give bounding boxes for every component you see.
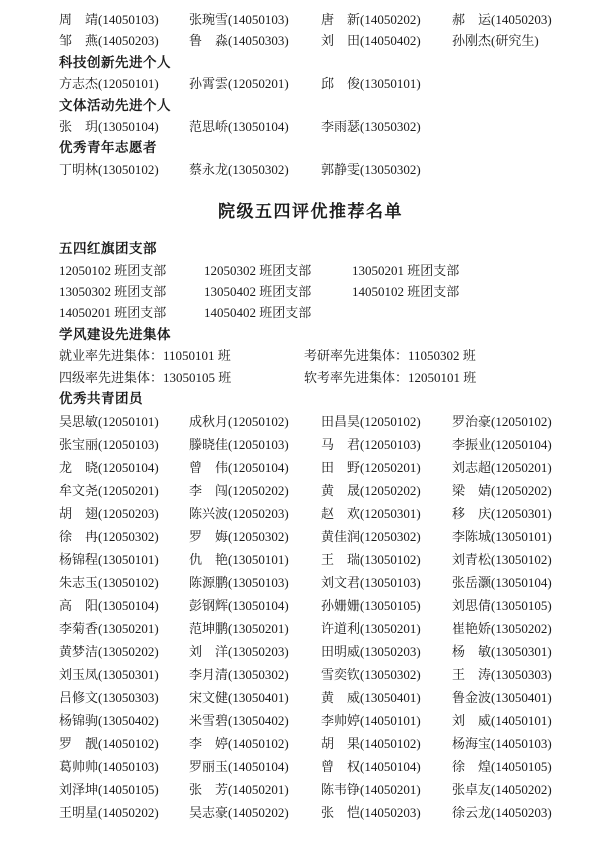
list-entry: 张宝丽(12050103)	[59, 433, 189, 456]
list-entry: 李 闯(12050202)	[189, 479, 321, 502]
list-entry: 朱志玉(13050102)	[59, 571, 189, 594]
list-entry: 张岳灏(13050104)	[452, 571, 562, 594]
list-row: 罗 靓(14050102)李 婷(14050102)胡 果(14050102)杨…	[59, 732, 562, 755]
list-entry: 高 阳(13050104)	[59, 594, 189, 617]
list-entry: 马 君(12050103)	[321, 433, 452, 456]
list-entry: 刘 洋(13050203)	[189, 640, 321, 663]
list-row: 胡 翅(12050203)陈兴波(12050203)赵 欢(12050301)移…	[59, 502, 562, 525]
list-entry: 鲁 淼(14050303)	[189, 30, 321, 51]
list-entry: 软考率先进集体：12050101 班	[304, 367, 562, 388]
list-entry: 田昌昊(12050102)	[321, 410, 452, 433]
list-entry: 刘志超(12050201)	[452, 456, 562, 479]
list-row: 刘玉凤(13050301)李月清(13050302)雪奕钦(13050302)王…	[59, 663, 562, 686]
list-entry: 崔艳娇(13050202)	[452, 617, 562, 640]
heading-league-members: 优秀共青团员	[59, 388, 562, 410]
list-entry: 邹 燕(14050203)	[59, 30, 189, 51]
list-row: 吕修文(13050303)宋文健(13050401)黄 威(13050401)鲁…	[59, 686, 562, 709]
list-entry: 李帅婷(14050101)	[321, 709, 452, 732]
list-entry: 徐 煌(14050105)	[452, 755, 562, 778]
heading-culture-sports: 文体活动先进个人	[59, 95, 562, 116]
list-entry: 14050402 班团支部	[204, 302, 352, 323]
list-row: 刘泽坤(14050105)张 芳(14050201)陈韦铮(14050201)张…	[59, 778, 562, 801]
list-entry: 成秋月(12050102)	[189, 410, 321, 433]
list-entry: 蔡永龙(13050302)	[189, 159, 321, 180]
list-entry: 13050302 班团支部	[59, 281, 204, 302]
list-entry: 牟文尧(12050201)	[59, 479, 189, 502]
list-entry: 曾 权(14050104)	[321, 755, 452, 778]
heading-youth-volunteer: 优秀青年志愿者	[59, 137, 562, 158]
list-entry: 丁明林(13050102)	[59, 159, 189, 180]
list-entry: 刘 田(14050402)	[321, 30, 452, 51]
list-entry: 考研率先进集体：11050302 班	[304, 345, 562, 366]
list-entry: 刘文君(13050103)	[321, 571, 452, 594]
list-row: 龙 晓(12050104)曾 伟(12050104)田 野(12050201)刘…	[59, 456, 562, 479]
list-entry: 张 芳(14050201)	[189, 778, 321, 801]
list-entry: 孙姗姗(13050105)	[321, 594, 452, 617]
list-row: 方志杰(12050101)孙霄雲(12050201)邱 俊(13050101)	[59, 73, 562, 94]
list-entry: 陈源鹏(13050103)	[189, 571, 321, 594]
list-row: 吴思敏(12050101)成秋月(12050102)田昌昊(12050102)罗…	[59, 410, 562, 433]
list-entry: 刘 威(14050101)	[452, 709, 562, 732]
list-entry: 13050201 班团支部	[352, 260, 562, 281]
study-style-list: 就业率先进集体：11050101 班考研率先进集体：11050302 班四级率先…	[59, 345, 562, 388]
list-row: 张宝丽(12050103)滕晓佳(12050103)马 君(12050103)李…	[59, 433, 562, 456]
list-entry: 陈韦铮(14050201)	[321, 778, 452, 801]
list-row: 徐 冉(12050302)罗 娒(12050302)黄佳润(12050302)李…	[59, 525, 562, 548]
culture-sports-list: 张 玥(13050104)范思峤(13050104)李雨瑟(13050302)	[59, 116, 562, 137]
list-row: 张 玥(13050104)范思峤(13050104)李雨瑟(13050302)	[59, 116, 562, 137]
list-entry: 徐云龙(14050203)	[452, 801, 562, 824]
mid-area: 五四红旗团支部 12050102 班团支部12050302 班团支部130502…	[59, 238, 562, 388]
list-entry: 孙刚杰(研究生)	[452, 30, 562, 51]
list-entry: 赵 欢(12050301)	[321, 502, 452, 525]
list-entry: 龙 晓(12050104)	[59, 456, 189, 479]
list-row: 李菊香(13050201)范坤鹏(13050201)许道利(13050201)崔…	[59, 617, 562, 640]
list-entry: 黄 晟(12050202)	[321, 479, 452, 502]
list-row: 高 阳(13050104)彭钢辉(13050104)孙姗姗(13050105)刘…	[59, 594, 562, 617]
list-entry: 吕修文(13050303)	[59, 686, 189, 709]
list-entry: 罗 靓(14050102)	[59, 732, 189, 755]
list-entry: 14050201 班团支部	[59, 302, 204, 323]
list-row: 周 靖(14050103)张琬雪(14050103)唐 新(14050202)郝…	[59, 9, 562, 30]
list-entry: 王明星(14050202)	[59, 801, 189, 824]
list-entry: 李振业(12050104)	[452, 433, 562, 456]
list-entry: 胡 翅(12050203)	[59, 502, 189, 525]
list-entry: 杨锦驹(13050402)	[59, 709, 189, 732]
list-entry: 刘泽坤(14050105)	[59, 778, 189, 801]
list-entry: 宋文健(13050401)	[189, 686, 321, 709]
list-row: 就业率先进集体：11050101 班考研率先进集体：11050302 班	[59, 345, 562, 366]
list-entry: 彭钢辉(13050104)	[189, 594, 321, 617]
list-entry: 罗 娒(12050302)	[189, 525, 321, 548]
list-entry: 许道利(13050201)	[321, 617, 452, 640]
list-entry: 葛帅帅(14050103)	[59, 755, 189, 778]
league-area: 优秀共青团员 吴思敏(12050101)成秋月(12050102)田昌昊(120…	[59, 388, 562, 824]
list-entry: 黄 威(13050401)	[321, 686, 452, 709]
list-row: 朱志玉(13050102)陈源鹏(13050103)刘文君(13050103)张…	[59, 571, 562, 594]
list-entry: 王 涛(13050303)	[452, 663, 562, 686]
list-entry: 吴志豪(14050202)	[189, 801, 321, 824]
list-row: 葛帅帅(14050103)罗丽玉(14050104)曾 权(14050104)徐…	[59, 755, 562, 778]
page-title: 院级五四评优推荐名单	[59, 200, 562, 224]
list-entry: 12050102 班团支部	[59, 260, 204, 281]
list-entry: 移 庆(12050301)	[452, 502, 562, 525]
list-entry: 罗丽玉(14050104)	[189, 755, 321, 778]
list-entry: 黄佳润(12050302)	[321, 525, 452, 548]
list-entry: 四级率先进集体：13050105 班	[59, 367, 304, 388]
list-entry: 吴思敏(12050101)	[59, 410, 189, 433]
list-row: 14050201 班团支部14050402 班团支部	[59, 302, 562, 323]
list-row: 杨锦驹(13050402)米雪碧(13050402)李帅婷(14050101)刘…	[59, 709, 562, 732]
list-entry: 仇 艳(13050101)	[189, 548, 321, 571]
list-entry: 范思峤(13050104)	[189, 116, 321, 137]
list-entry: 李月清(13050302)	[189, 663, 321, 686]
list-entry: 杨海宝(14050103)	[452, 732, 562, 755]
list-row: 丁明林(13050102)蔡永龙(13050302)郭静雯(13050302)	[59, 159, 562, 180]
tech-innovation-list: 方志杰(12050101)孙霄雲(12050201)邱 俊(13050101)	[59, 73, 562, 94]
heading-tech-innovation: 科技创新先进个人	[59, 52, 562, 73]
list-row: 12050102 班团支部12050302 班团支部13050201 班团支部	[59, 260, 562, 281]
list-entry: 梁 婧(12050202)	[452, 479, 562, 502]
list-entry: 李陈城(13050101)	[452, 525, 562, 548]
list-entry: 罗治豪(12050102)	[452, 410, 562, 433]
list-row: 杨锦程(13050101)仇 艳(13050101)王 瑞(13050102)刘…	[59, 548, 562, 571]
list-entry: 邱 俊(13050101)	[321, 73, 452, 94]
list-entry: 范坤鹏(13050201)	[189, 617, 321, 640]
list-entry: 张琬雪(14050103)	[189, 9, 321, 30]
heading-study-style: 学风建设先进集体	[59, 324, 562, 345]
list-entry: 曾 伟(12050104)	[189, 456, 321, 479]
list-row: 13050302 班团支部13050402 班团支部14050102 班团支部	[59, 281, 562, 302]
list-entry: 方志杰(12050101)	[59, 73, 189, 94]
list-entry: 刘思倩(13050105)	[452, 594, 562, 617]
youth-volunteer-list: 丁明林(13050102)蔡永龙(13050302)郭静雯(13050302)	[59, 159, 562, 180]
list-entry: 田 野(12050201)	[321, 456, 452, 479]
list-entry: 胡 果(14050102)	[321, 732, 452, 755]
list-entry: 王 瑞(13050102)	[321, 548, 452, 571]
list-entry: 14050102 班团支部	[352, 281, 562, 302]
list-entry: 张卓友(14050202)	[452, 778, 562, 801]
list-row: 黄梦洁(13050202)刘 洋(13050203)田明威(13050203)杨…	[59, 640, 562, 663]
list-entry: 郭静雯(13050302)	[321, 159, 452, 180]
document-page: 周 靖(14050103)张琬雪(14050103)唐 新(14050202)郝…	[0, 0, 600, 824]
list-entry: 杨锦程(13050101)	[59, 548, 189, 571]
list-entry: 陈兴波(12050203)	[189, 502, 321, 525]
list-entry: 米雪碧(13050402)	[189, 709, 321, 732]
list-entry: 李雨瑟(13050302)	[321, 116, 452, 137]
list-entry: 唐 新(14050202)	[321, 9, 452, 30]
award-continuation-list: 周 靖(14050103)张琬雪(14050103)唐 新(14050202)郝…	[59, 9, 562, 52]
list-entry: 13050402 班团支部	[204, 281, 352, 302]
heading-red-flag-branch: 五四红旗团支部	[59, 238, 562, 259]
list-row: 牟文尧(12050201)李 闯(12050202)黄 晟(12050202)梁…	[59, 479, 562, 502]
list-entry: 就业率先进集体：11050101 班	[59, 345, 304, 366]
list-entry: 李 婷(14050102)	[189, 732, 321, 755]
list-entry: 12050302 班团支部	[204, 260, 352, 281]
list-entry: 滕晓佳(12050103)	[189, 433, 321, 456]
list-entry: 张 玥(13050104)	[59, 116, 189, 137]
list-row: 王明星(14050202)吴志豪(14050202)张 恺(14050203)徐…	[59, 801, 562, 824]
red-flag-branch-list: 12050102 班团支部12050302 班团支部13050201 班团支部1…	[59, 260, 562, 324]
list-entry: 徐 冉(12050302)	[59, 525, 189, 548]
list-entry: 刘青松(13050102)	[452, 548, 562, 571]
list-entry: 张 恺(14050203)	[321, 801, 452, 824]
list-entry: 李菊香(13050201)	[59, 617, 189, 640]
top-area: 周 靖(14050103)张琬雪(14050103)唐 新(14050202)郝…	[59, 9, 562, 180]
league-members-list: 吴思敏(12050101)成秋月(12050102)田昌昊(12050102)罗…	[59, 410, 562, 824]
list-row: 四级率先进集体：13050105 班软考率先进集体：12050101 班	[59, 367, 562, 388]
list-entry: 郝 运(14050203)	[452, 9, 562, 30]
list-entry: 鲁金波(13050401)	[452, 686, 562, 709]
list-row: 邹 燕(14050203)鲁 淼(14050303)刘 田(14050402)孙…	[59, 30, 562, 51]
list-entry: 雪奕钦(13050302)	[321, 663, 452, 686]
list-entry: 杨 敏(13050301)	[452, 640, 562, 663]
list-entry: 黄梦洁(13050202)	[59, 640, 189, 663]
list-entry: 刘玉凤(13050301)	[59, 663, 189, 686]
list-entry: 田明威(13050203)	[321, 640, 452, 663]
list-entry: 周 靖(14050103)	[59, 9, 189, 30]
list-entry: 孙霄雲(12050201)	[189, 73, 321, 94]
